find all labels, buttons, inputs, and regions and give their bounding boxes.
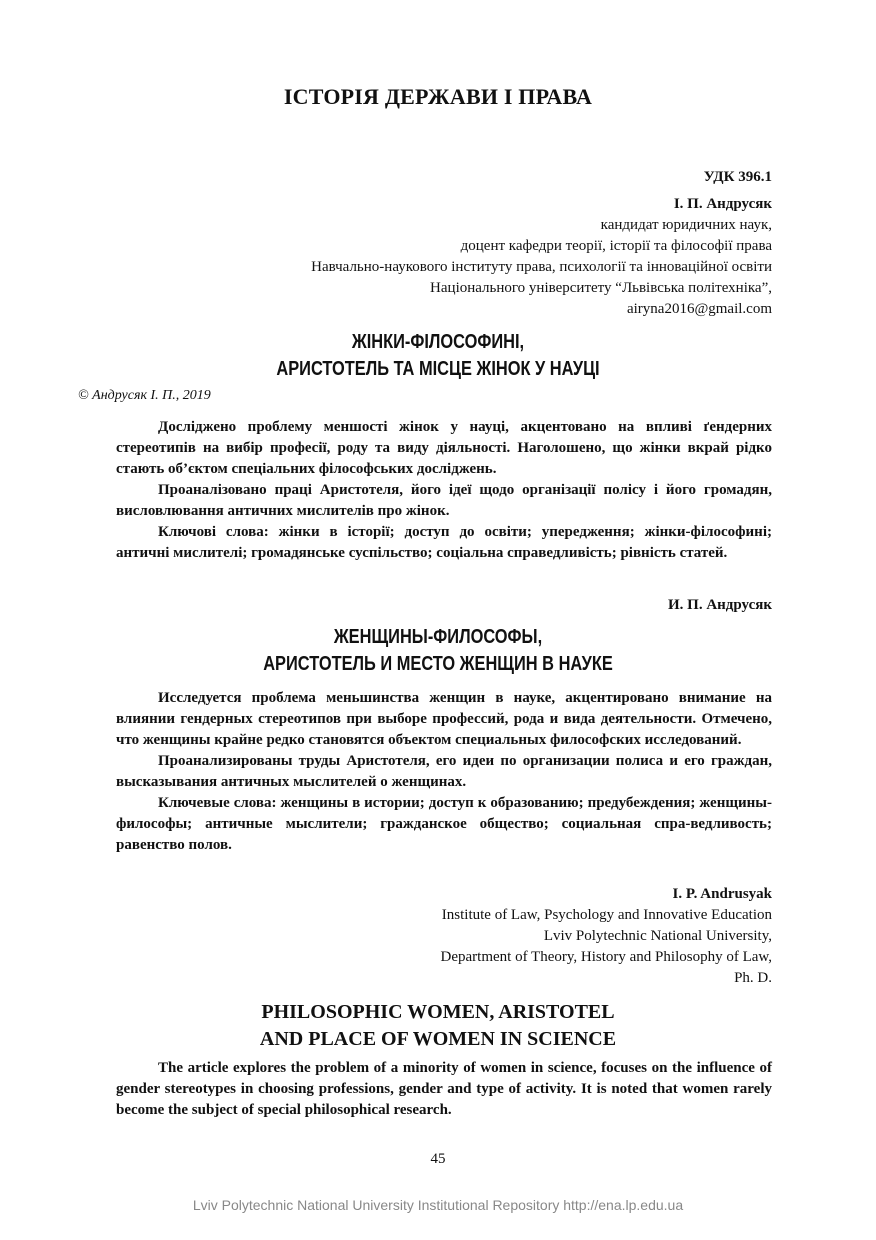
- page-number: 45: [0, 1151, 876, 1168]
- en-article-title: PHILOSOPHIC WOMEN, ARISTOTEL AND PLACE O…: [0, 999, 876, 1053]
- ua-affiliation-line: доцент кафедри теорії, історії та філосо…: [311, 236, 772, 257]
- ua-title-line: ЖІНКИ-ФІЛОСОФИНІ,: [79, 329, 797, 356]
- repository-footer: Lviv Polytechnic National University Ins…: [0, 1197, 876, 1213]
- en-abstract-paragraph: The article explores the problem of a mi…: [116, 1058, 772, 1121]
- ru-keywords: Ключевые слова: женщины в истории; досту…: [116, 793, 772, 856]
- en-affiliation-line: Institute of Law, Psychology and Innovat…: [441, 905, 772, 926]
- udk-code: УДК 396.1: [704, 167, 772, 188]
- en-abstract: The article explores the problem of a mi…: [116, 1058, 772, 1121]
- copyright-notice: © Андрусяк І. П., 2019: [78, 388, 211, 404]
- ru-title-line: ЖЕНЩИНЫ-ФИЛОСОФЫ,: [79, 624, 797, 651]
- en-author-affiliation: I. P. Andrusyak Institute of Law, Psycho…: [441, 884, 772, 989]
- ru-article-title: ЖЕНЩИНЫ-ФИЛОСОФЫ, АРИСТОТЕЛЬ И МЕСТО ЖЕН…: [79, 624, 797, 678]
- en-affiliation-line: Department of Theory, History and Philos…: [441, 947, 772, 968]
- ua-abstract-paragraph: Проаналізовано праці Аристотеля, його ід…: [116, 480, 772, 522]
- ru-author-name: И. П. Андрусяк: [668, 597, 772, 614]
- ua-affiliation-line: Національного університету “Львівська по…: [311, 278, 772, 299]
- en-affiliation-line: Ph. D.: [441, 968, 772, 989]
- ua-abstract: Досліджено проблему меншості жінок у нау…: [116, 417, 772, 564]
- ru-abstract: Исследуется проблема меньшинства женщин …: [116, 688, 772, 856]
- ua-affiliation-line: Навчально-наукового інституту права, пси…: [311, 257, 772, 278]
- ua-author-affiliation: І. П. Андрусяк кандидат юридичних наук, …: [311, 194, 772, 320]
- ua-keywords: Ключові слова: жінки в історії; доступ д…: [116, 522, 772, 564]
- ua-title-line: АРИСТОТЕЛЬ ТА МІСЦЕ ЖІНОК У НАУЦІ: [79, 356, 797, 383]
- section-heading: ІСТОРІЯ ДЕРЖАВИ І ПРАВА: [0, 84, 876, 110]
- en-title-line: PHILOSOPHIC WOMEN, ARISTOTEL: [0, 999, 876, 1026]
- ua-affiliation-line: кандидат юридичних наук,: [311, 215, 772, 236]
- ru-abstract-paragraph: Проанализированы труды Аристотеля, его и…: [116, 751, 772, 793]
- ua-article-title: ЖІНКИ-ФІЛОСОФИНІ, АРИСТОТЕЛЬ ТА МІСЦЕ ЖІ…: [79, 329, 797, 383]
- ru-abstract-paragraph: Исследуется проблема меньшинства женщин …: [116, 688, 772, 751]
- ua-author-name: І. П. Андрусяк: [311, 194, 772, 215]
- en-title-line: AND PLACE OF WOMEN IN SCIENCE: [0, 1026, 876, 1053]
- ua-abstract-paragraph: Досліджено проблему меншості жінок у нау…: [116, 417, 772, 480]
- author-email-link[interactable]: airyna2016@gmail.com: [627, 301, 772, 317]
- ru-title-line: АРИСТОТЕЛЬ И МЕСТО ЖЕНЩИН В НАУКЕ: [79, 651, 797, 678]
- en-author-name: I. P. Andrusyak: [441, 884, 772, 905]
- en-affiliation-line: Lviv Polytechnic National University,: [441, 926, 772, 947]
